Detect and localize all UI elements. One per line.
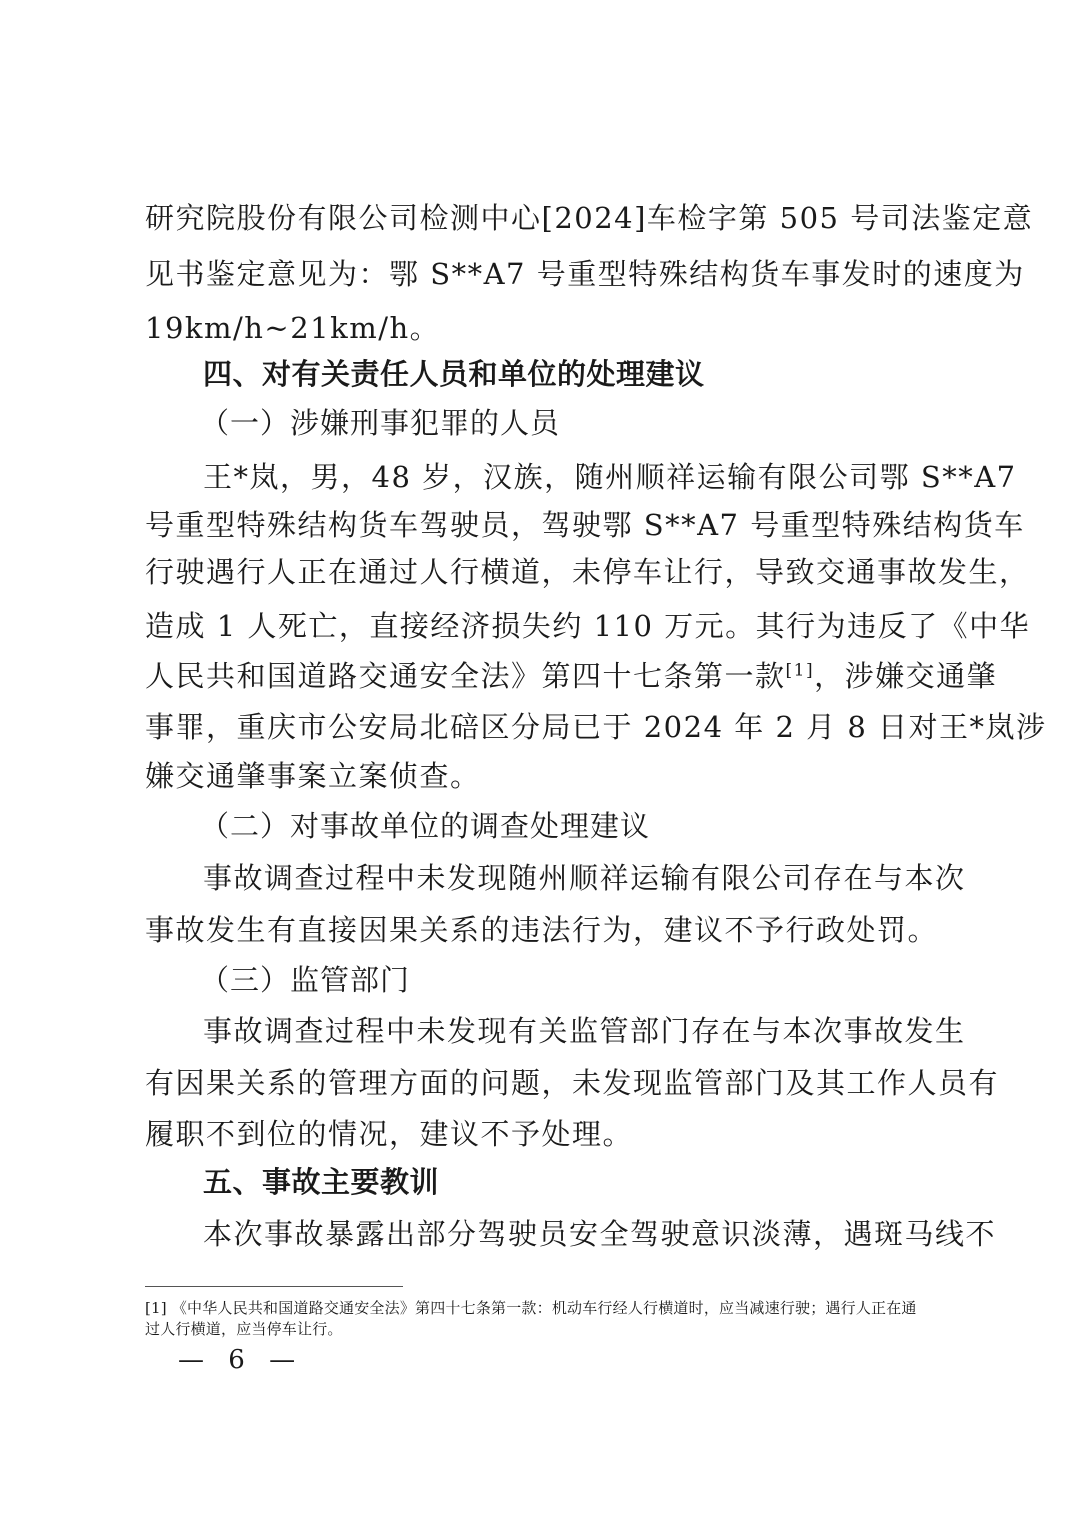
body-text-line: 嫌交通肇事案立案侦查。 [145,756,945,796]
body-text-line: 事故调查过程中未发现随州顺祥运输有限公司存在与本次 [203,858,1003,898]
body-text-line: 19km/h~21km/h。 [145,308,945,348]
subsection-heading-3: （三）监管部门 [200,960,1000,1000]
footnote-text-line: 过人行横道，应当停车让行。 [145,1319,945,1340]
subsection-heading-2: （二）对事故单位的调查处理建议 [200,806,1000,846]
body-text-line: 事故发生有直接因果关系的违法行为，建议不予行政处罚。 [145,910,945,950]
body-text: 人民共和国道路交通安全法》第四十七条第一款 [145,659,786,693]
body-text-line: 见书鉴定意见为：鄂 S**A7 号重型特殊结构货车事发时的速度为 [145,254,945,294]
body-text-line: 事罪，重庆市公安局北碚区分局已于 2024 年 2 月 8 日对王*岚涉 [145,707,945,747]
body-text-line: 行驶遇行人正在通过人行横道，未停车让行，导致交通事故发生， [145,552,945,592]
body-text: ，涉嫌交通肇 [814,659,997,693]
body-text-line: 王*岚，男，48 岁，汉族，随州顺祥运输有限公司鄂 S**A7 [203,457,945,497]
body-text-line: 研究院股份有限公司检测中心[2024]车检字第 505 号司法鉴定意 [145,198,945,238]
body-text-line: 本次事故暴露出部分驾驶员安全驾驶意识淡薄，遇斑马线不 [203,1214,945,1254]
footnote-reference[interactable]: [1] [786,660,815,680]
body-text-line: 事故调查过程中未发现有关监管部门存在与本次事故发生 [203,1011,945,1051]
footnote-separator [145,1286,403,1287]
document-page: 研究院股份有限公司检测中心[2024]车检字第 505 号司法鉴定意 见书鉴定意… [0,0,1074,1520]
footnote-text-line: [1] 《中华人民共和国道路交通安全法》第四十七条第一款：机动车行经人行横道时，… [145,1298,945,1319]
section-heading-5: 五、事故主要教训 [203,1162,945,1202]
page-number: — 6 — [178,1342,303,1378]
section-heading-4: 四、对有关责任人员和单位的处理建议 [203,354,945,394]
body-text-line: 履职不到位的情况，建议不予处理。 [145,1114,945,1154]
subsection-heading-1: （一）涉嫌刑事犯罪的人员 [200,403,1000,443]
body-text-line: 有因果关系的管理方面的问题，未发现监管部门及其工作人员有 [145,1063,945,1103]
body-text-line-with-footnote: 人民共和国道路交通安全法》第四十七条第一款[1]，涉嫌交通肇 [145,656,945,696]
body-text-line: 号重型特殊结构货车驾驶员，驾驶鄂 S**A7 号重型特殊结构货车 [145,505,945,545]
body-text-line: 造成 1 人死亡，直接经济损失约 110 万元。其行为违反了《中华 [145,606,945,646]
